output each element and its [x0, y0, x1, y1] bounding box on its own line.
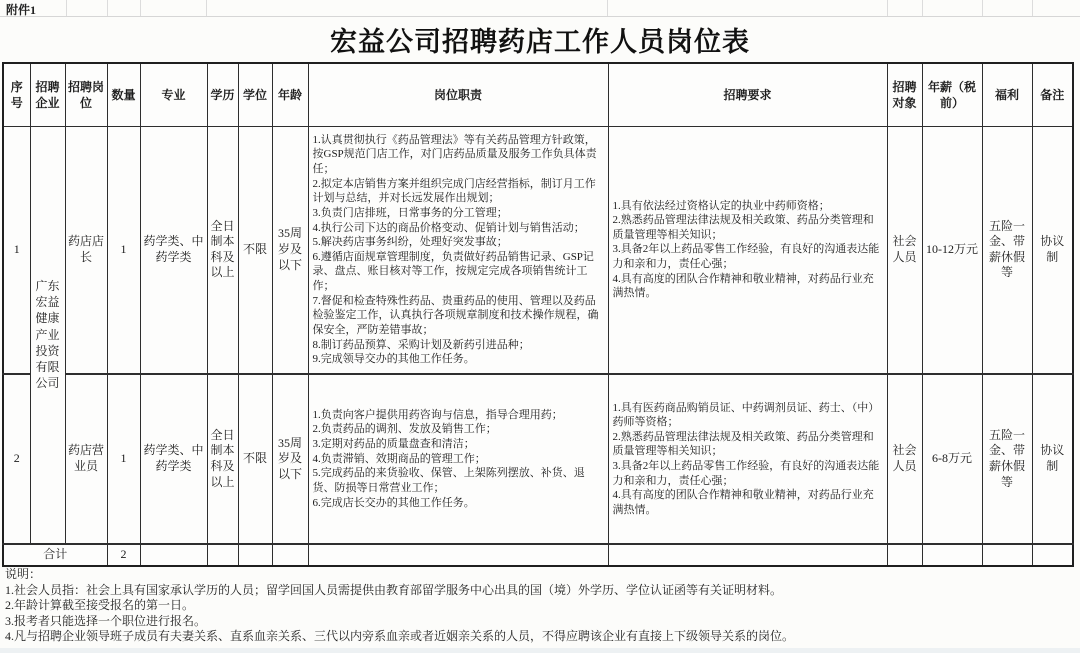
cell-degree: 不限 — [238, 126, 272, 374]
header-company: 招聘企业 — [30, 63, 65, 126]
cell-remarks: 协议制 — [1032, 374, 1073, 544]
cell-duties: 1.认真贯彻执行《药品管理法》等有关药品管理方针政策，按GSP规范门店工作，对门… — [308, 126, 608, 374]
cell-quantity: 1 — [107, 126, 140, 374]
cell-position: 药店店长 — [65, 126, 107, 374]
recruitment-table: 序号 招聘企业 招聘岗位 数量 专业 学历 学位 年龄 岗位职责 招聘要求 招聘… — [2, 62, 1074, 567]
total-empty-cell — [140, 544, 207, 566]
note-item: 1.社会人员指：社会上具有国家承认学历的人员；留学回国人员需提供由教育部留学服务… — [5, 583, 1075, 599]
notes-section: 说明： 1.社会人员指：社会上具有国家承认学历的人员；留学回国人员需提供由教育部… — [5, 567, 1075, 645]
grid-line — [607, 0, 608, 16]
attachment-label: 附件1 — [6, 1, 36, 18]
cell-education: 全日制本科及以上 — [207, 374, 238, 544]
cell-position: 药店营业员 — [65, 374, 107, 544]
note-item: 2.年龄计算截至接受报名的第一日。 — [5, 598, 1075, 614]
total-empty-cell — [887, 544, 922, 566]
header-remarks: 备注 — [1032, 63, 1073, 126]
cell-no: 2 — [3, 374, 30, 544]
grid-line — [1032, 0, 1033, 16]
header-duties: 岗位职责 — [308, 63, 608, 126]
table-row: 1 广东宏益健康产业投资有限公司 药店店长 1 药学类、中药学类 全日制本科及以… — [3, 126, 1073, 374]
cell-requirements: 1.具有依法经过资格认定的执业中药师资格； 2.熟悉药品管理法律法规及相关政策、… — [608, 126, 887, 374]
cell-major: 药学类、中药学类 — [140, 126, 207, 374]
header-salary: 年薪（税前） — [922, 63, 982, 126]
spreadsheet-top-row: 附件1 — [0, 0, 1080, 17]
grid-line — [66, 0, 67, 16]
cell-company: 广东宏益健康产业投资有限公司 — [30, 126, 65, 544]
header-no: 序号 — [3, 63, 30, 126]
header-benefits: 福利 — [982, 63, 1032, 126]
header-position: 招聘岗位 — [65, 63, 107, 126]
cell-no: 1 — [3, 126, 30, 374]
title-band: 宏益公司招聘药店工作人员岗位表 — [0, 17, 1080, 62]
grid-line — [982, 0, 983, 16]
cell-major: 药学类、中药学类 — [140, 374, 207, 544]
note-item: 3.报考者只能选择一个职位进行报名。 — [5, 614, 1075, 630]
cell-salary: 6-8万元 — [922, 374, 982, 544]
grid-line — [107, 0, 108, 16]
grid-line — [206, 0, 207, 16]
header-age: 年龄 — [272, 63, 308, 126]
total-empty-cell — [922, 544, 982, 566]
header-degree: 学位 — [238, 63, 272, 126]
header-quantity: 数量 — [107, 63, 140, 126]
header-target: 招聘对象 — [887, 63, 922, 126]
header-requirements: 招聘要求 — [608, 63, 887, 126]
header-major: 专业 — [140, 63, 207, 126]
cell-benefits: 五险一金、带薪休假等 — [982, 374, 1032, 544]
cell-target: 社会人员 — [887, 374, 922, 544]
cell-requirements: 1.具有医药商品购销员证、中药调剂员证、药士、（中）药师等资格； 2.熟悉药品管… — [608, 374, 887, 544]
total-empty-cell — [308, 544, 608, 566]
total-empty-cell — [238, 544, 272, 566]
cell-remarks: 协议制 — [1032, 126, 1073, 374]
grid-line — [922, 0, 923, 16]
total-quantity-cell: 2 — [107, 544, 140, 566]
total-empty-cell — [1032, 544, 1073, 566]
cell-age: 35周岁及以下 — [272, 374, 308, 544]
bottom-strip — [0, 648, 1080, 653]
grid-line — [140, 0, 141, 16]
total-empty-cell — [272, 544, 308, 566]
header-row: 序号 招聘企业 招聘岗位 数量 专业 学历 学位 年龄 岗位职责 招聘要求 招聘… — [3, 63, 1073, 126]
total-empty-cell — [982, 544, 1032, 566]
total-empty-cell — [207, 544, 238, 566]
page-title: 宏益公司招聘药店工作人员岗位表 — [330, 20, 750, 59]
cell-age: 35周岁及以下 — [272, 126, 308, 374]
cell-target: 社会人员 — [887, 126, 922, 374]
document-page: 附件1 宏益公司招聘药店工作人员岗位表 序号 招聘企业 招聘岗位 数量 专业 学… — [0, 0, 1080, 653]
grid-line — [887, 0, 888, 16]
note-item: 4.凡与招聘企业领导班子成员有夫妻关系、直系血亲关系、三代以内旁系血亲或者近姻亲… — [5, 629, 1075, 645]
table-row: 2 药店营业员 1 药学类、中药学类 全日制本科及以上 不限 35周岁及以下 1… — [3, 374, 1073, 544]
cell-duties: 1.负责向客户提供用药咨询与信息，指导合理用药； 2.负责药品的调剂、发放及销售… — [308, 374, 608, 544]
total-row: 合计 2 — [3, 544, 1073, 566]
cell-degree: 不限 — [238, 374, 272, 544]
cell-salary: 10-12万元 — [922, 126, 982, 374]
cell-benefits: 五险一金、带薪休假等 — [982, 126, 1032, 374]
total-label-cell: 合计 — [3, 544, 107, 566]
notes-title: 说明： — [5, 567, 1075, 583]
cell-education: 全日制本科及以上 — [207, 126, 238, 374]
total-empty-cell — [608, 544, 887, 566]
header-education: 学历 — [207, 63, 238, 126]
cell-quantity: 1 — [107, 374, 140, 544]
